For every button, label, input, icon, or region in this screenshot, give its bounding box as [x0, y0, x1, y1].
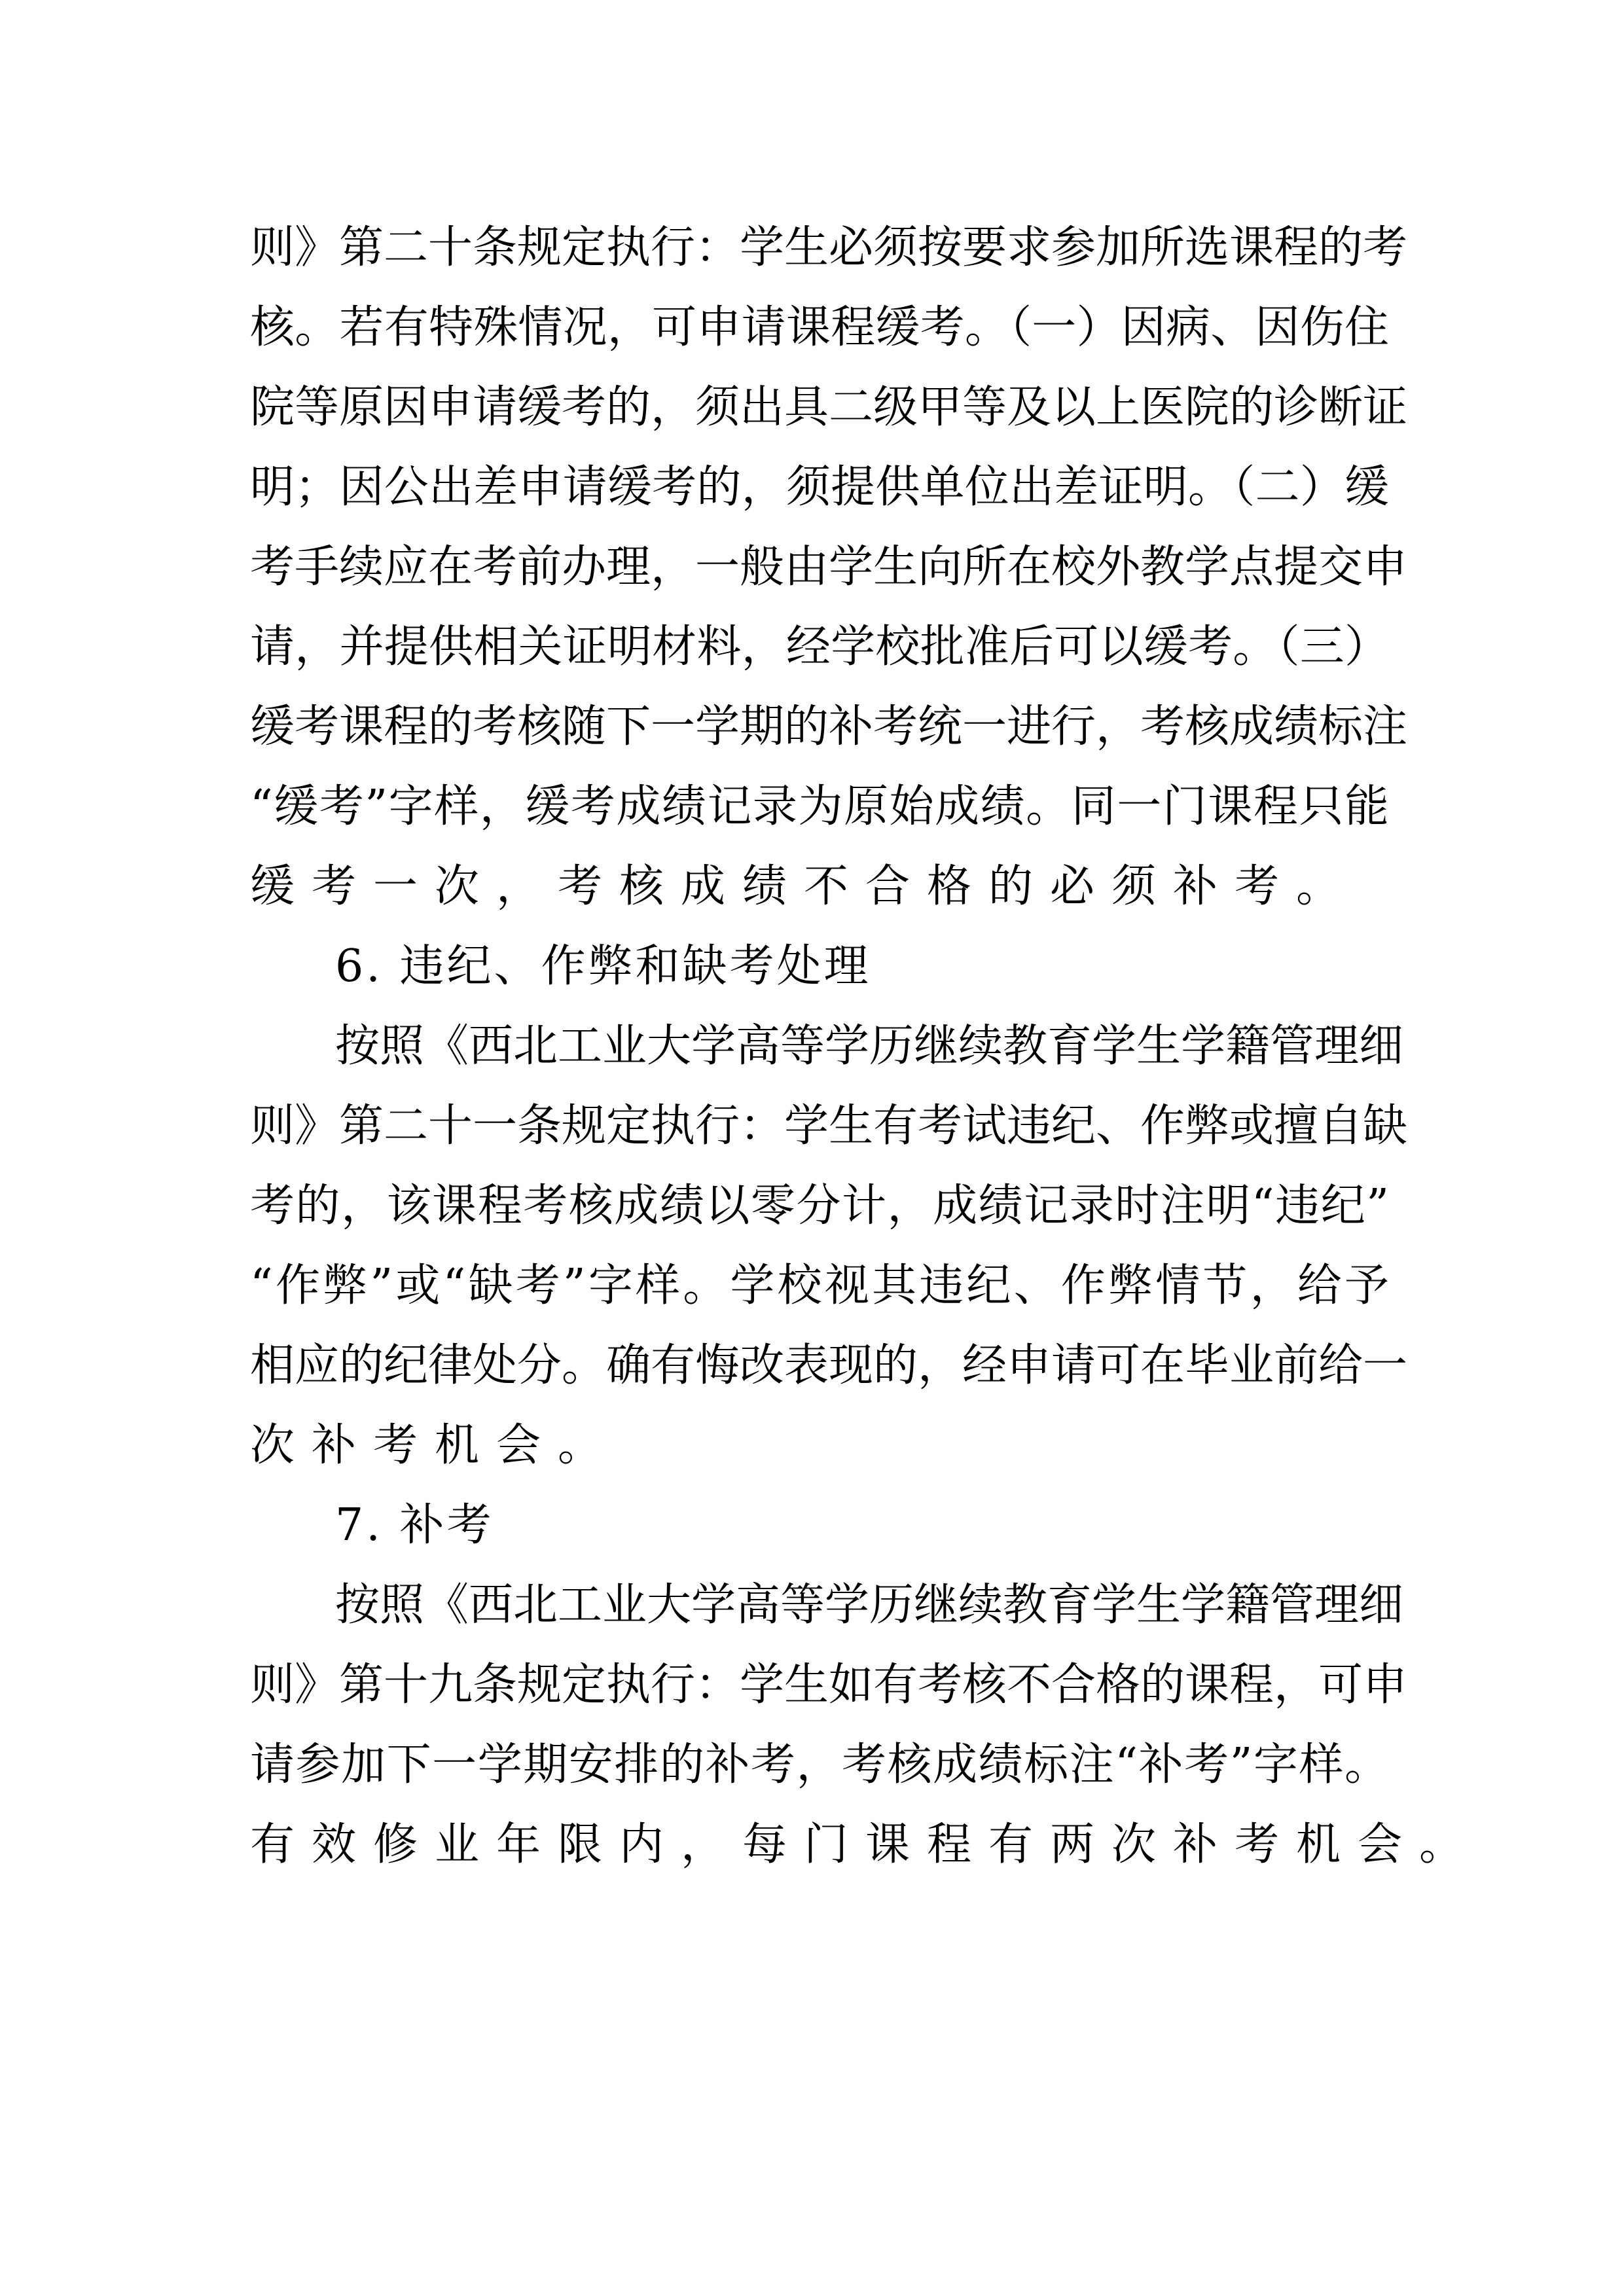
text-line: 缓考一次，考核成绩不合格的必须补考。 [250, 847, 1389, 927]
text-line: 则》第二十一条规定执行：学生有考试违纪、作弊或擅自缺 [250, 1086, 1389, 1166]
text-line: 按照《西北工业大学高等学历继续教育学生学籍管理细 [250, 1566, 1389, 1645]
section-heading-6: 6. 违纪、作弊和缺考处理 [250, 927, 1389, 1007]
paragraph-deferred-exam: 则》第二十条规定执行：学生必须按要求参加所选课程的考 核。若有特殊情况，可申请课… [250, 208, 1389, 927]
section-heading-7: 7. 补考 [250, 1486, 1389, 1566]
text-line: 则》第二十条规定执行：学生必须按要求参加所选课程的考 [250, 208, 1389, 288]
text-line: 考的，该课程考核成绩以零分计，成绩记录时注明“违纪” [250, 1166, 1389, 1246]
text-line: “作弊”或“缺考”字样。学校视其违纪、作弊情节，给予 [250, 1246, 1389, 1326]
text-line: 院等原因申请缓考的，须出具二级甲等及以上医院的诊断证 [250, 368, 1389, 448]
text-line: 核。若有特殊情况，可申请课程缓考。（一）因病、因伤住 [250, 288, 1389, 368]
document-body: 则》第二十条规定执行：学生必须按要求参加所选课程的考 核。若有特殊情况，可申请课… [250, 208, 1389, 1885]
text-line: 考手续应在考前办理，一般由学生向所在校外教学点提交申 [250, 528, 1389, 607]
text-line: 相应的纪律处分。确有悔改表现的，经申请可在毕业前给一 [250, 1326, 1389, 1406]
text-line: 缓考课程的考核随下一学期的补考统一进行，考核成绩标注 [250, 687, 1389, 767]
text-line: 次补考机会。 [250, 1406, 1389, 1486]
paragraph-misconduct: 按照《西北工业大学高等学历继续教育学生学籍管理细 则》第二十一条规定执行：学生有… [250, 1007, 1389, 1486]
text-line: “缓考”字样，缓考成绩记录为原始成绩。同一门课程只能 [250, 767, 1389, 847]
text-line: 明；因公出差申请缓考的，须提供单位出差证明。（二）缓 [250, 448, 1389, 528]
text-line: 请，并提供相关证明材料，经学校批准后可以缓考。（三） [250, 607, 1389, 687]
text-line: 有效修业年限内，每门课程有两次补考机会。 [250, 1805, 1389, 1885]
paragraph-makeup-exam: 按照《西北工业大学高等学历继续教育学生学籍管理细 则》第十九条规定执行：学生如有… [250, 1566, 1389, 1885]
text-line: 请参加下一学期安排的补考，考核成绩标注“补考”字样。 [250, 1725, 1389, 1805]
text-line: 按照《西北工业大学高等学历继续教育学生学籍管理细 [250, 1007, 1389, 1086]
text-line: 则》第十九条规定执行：学生如有考核不合格的课程，可申 [250, 1645, 1389, 1725]
document-page: 则》第二十条规定执行：学生必须按要求参加所选课程的考 核。若有特殊情况，可申请课… [0, 0, 1624, 2296]
